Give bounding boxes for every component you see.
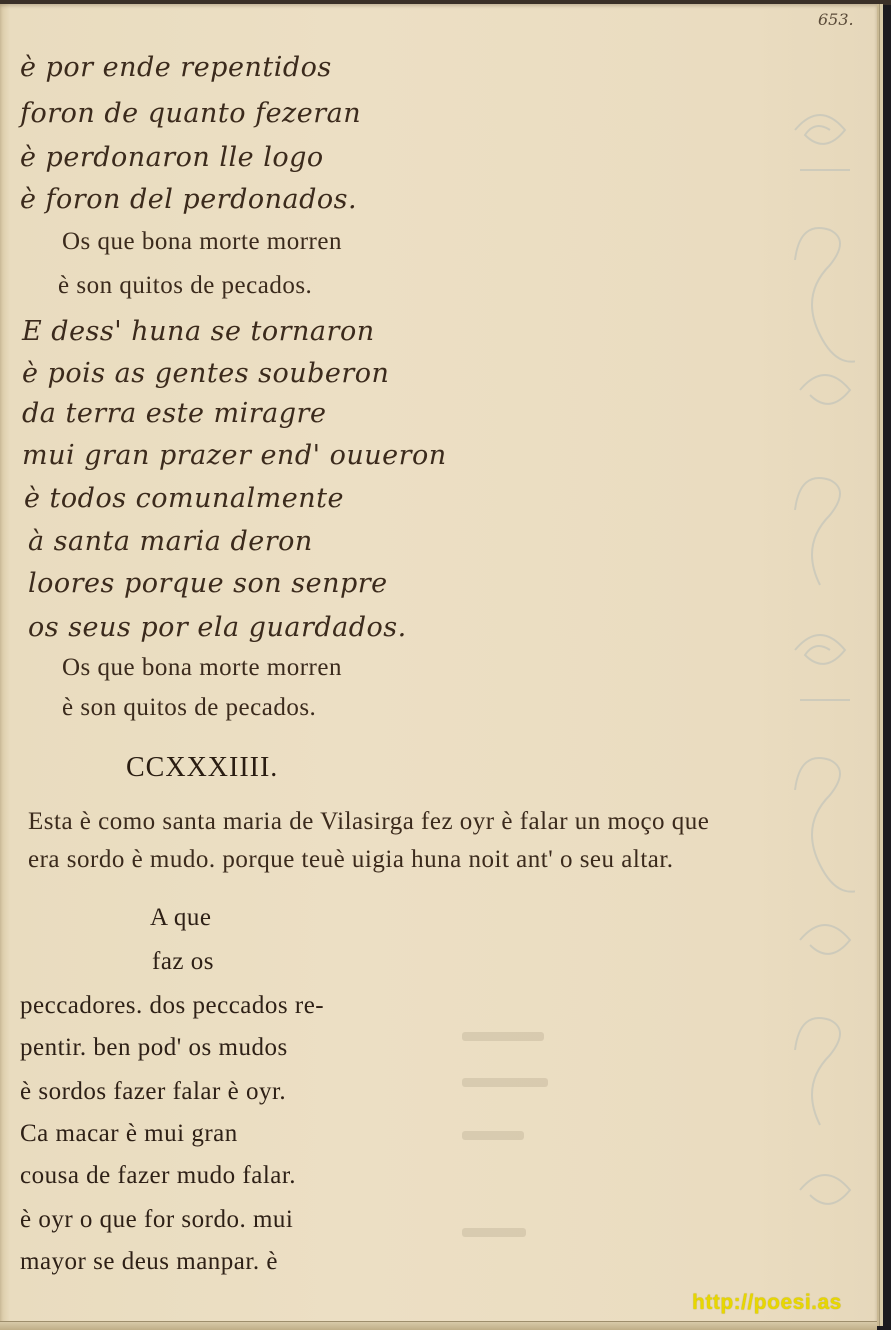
cantiga-number-heading: CCXXXIIII. (126, 752, 278, 784)
body-line: è sordos fazer falar è oyr. (20, 1078, 286, 1106)
verse-line: mui gran prazer end' ouueron (22, 440, 447, 471)
folio-number: 653. (818, 10, 854, 29)
verse-line: è todos comunalmente (24, 483, 344, 514)
bleed-through-text (462, 1131, 524, 1140)
rubric-line: Esta è como santa maria de Vilasirga fez… (28, 808, 709, 836)
page-edge (879, 4, 883, 1326)
incipit-line: A que (150, 904, 212, 932)
verse-line: à santa maria deron (28, 526, 313, 557)
body-line: pentir. ben pod' os mudos (20, 1034, 288, 1062)
refrain-line: è son quitos de pecados. (58, 272, 312, 300)
page-bottom-edge (0, 1321, 877, 1330)
rubric-line: era sordo è mudo. porque teuè uigia huna… (28, 846, 674, 874)
refrain-line: Os que bona morte morren (62, 654, 342, 682)
manuscript-scan: 653. è por ende repentidos foron de quan… (0, 0, 891, 1330)
body-line: è oyr o que for sordo. mui (20, 1206, 293, 1234)
verse-line: è por ende repentidos (20, 52, 332, 83)
verse-line: os seus por ela guardados. (28, 612, 407, 643)
verse-line: foron de quanto fezeran (20, 98, 361, 129)
body-line: peccadores. dos peccados re- (20, 992, 324, 1020)
verse-line: è pois as gentes souberon (22, 358, 389, 389)
bleed-through-ornament (785, 90, 855, 1290)
verse-line: loores porque son senpre (28, 568, 388, 599)
verse-line: è perdonaron lle logo (20, 142, 324, 173)
body-line: mayor se deus manpar. è (20, 1248, 278, 1276)
incipit-line: faz os (152, 948, 214, 976)
body-line: cousa de fazer mudo falar. (20, 1162, 296, 1190)
site-watermark: http://poesi.as (692, 1291, 842, 1315)
verse-line: E dess' huna se tornaron (22, 316, 375, 347)
bleed-through-text (462, 1228, 526, 1237)
bleed-through-text (462, 1032, 544, 1041)
verse-line: è foron del perdonados. (20, 184, 357, 215)
verse-line: da terra este miragre (22, 398, 326, 429)
body-line: Ca macar è mui gran (20, 1120, 238, 1148)
bleed-through-text (462, 1078, 548, 1087)
refrain-line: è son quitos de pecados. (62, 694, 316, 722)
refrain-line: Os que bona morte morren (62, 228, 342, 256)
